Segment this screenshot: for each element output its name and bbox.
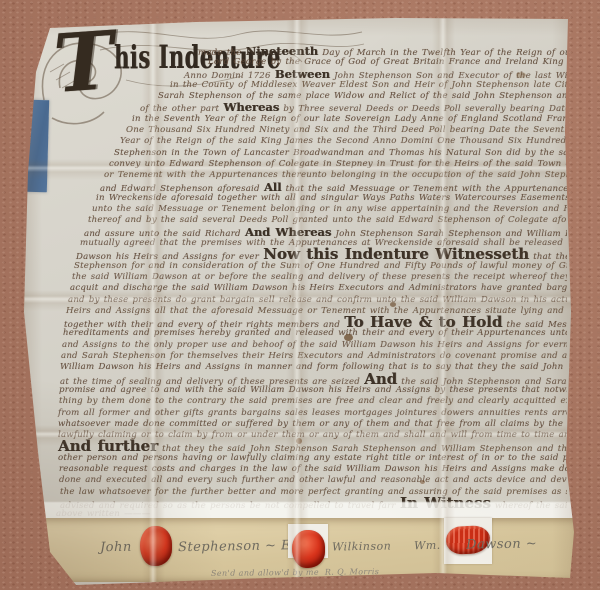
script-line: and Sarah Stephenson for themselves thei… (46, 351, 567, 362)
script-line: thing by them done to the contrary the s… (46, 396, 567, 407)
script-line: unto the said Messuage or Tenement belon… (46, 204, 567, 215)
wax-seal (140, 526, 172, 566)
signature-dawson: Dawson ~ (466, 536, 537, 552)
script-line: together with their and every of their r… (46, 317, 567, 328)
script-line: and assure unto the said Richard And Whe… (46, 227, 567, 238)
script-line: in Wreckenside aforesaid together with a… (46, 193, 567, 204)
script-line: in the Seventh Year of the Reign of our … (46, 114, 567, 125)
script-line: And further that they the said John Step… (46, 441, 567, 452)
script-line: in the County of Middlesex Weaver Eldest… (46, 80, 567, 91)
script-line: reasonable request costs and charges in … (46, 464, 567, 475)
script-line: hereditaments and premises hereby grante… (46, 328, 567, 339)
signature-wm: Wm. (414, 539, 441, 552)
script-line: and Assigns to the only proper use and b… (46, 340, 567, 351)
script-line: promise and agree to and with the said W… (46, 385, 567, 396)
script-line: done and executed all and every such fur… (46, 475, 567, 486)
script-line: whatsoever made done committed or suffer… (46, 419, 567, 430)
script-line: of the other part Whereas by Three sever… (46, 102, 567, 113)
script-line: convey unto Edward Stephenson of Colegat… (46, 159, 567, 170)
attestation-line: Sen'd and allow'd by me R. Q. Morris (211, 567, 379, 578)
script-line: acquit and discharge the said William Da… (46, 283, 567, 294)
script-line: Year of the Reign of the said King James… (46, 136, 567, 147)
signature-john: John (100, 540, 132, 556)
script-line: Sarah Stephenson of the same place Widow… (46, 91, 567, 102)
script-lines: made the Nineteenth Day of March in the … (46, 46, 567, 526)
parchment-deed: T his Indenture made the Nineteenth Day … (16, 12, 582, 588)
script-line: Stephenson in the Town of Lancaster Broa… (46, 148, 567, 159)
script-line: from all former and other gifts grants b… (46, 408, 567, 419)
script-line: or Tenement with the Appurtenances there… (46, 170, 567, 181)
script-line: the said William Dawson at or before the… (46, 272, 567, 283)
photograph: T his Indenture made the Nineteenth Day … (0, 0, 600, 590)
script-line: other person and persons having or lawfu… (46, 453, 567, 464)
script-line: Dawson his Heirs and Assigns for ever No… (46, 249, 567, 260)
script-line: William Dawson his Heirs and Assigns in … (46, 362, 567, 373)
script-line: One Thousand Six Hundred Ninety and Six … (46, 125, 567, 136)
script-line: and Edward Stephenson aforesaid All that… (46, 182, 567, 193)
wax-seal (292, 530, 325, 568)
signature-wilkinson: Wilkinson (332, 539, 391, 553)
script-line: made the Nineteenth Day of March in the … (46, 46, 567, 57)
script-line: Stephenson for and in consideration of t… (46, 261, 567, 272)
script-line: at the time of sealing and delivery of t… (46, 374, 567, 385)
script-line: Anno Domini 1726 Between John Stephenson… (46, 69, 567, 80)
script-line: and by these presents do grant bargain s… (46, 295, 567, 306)
